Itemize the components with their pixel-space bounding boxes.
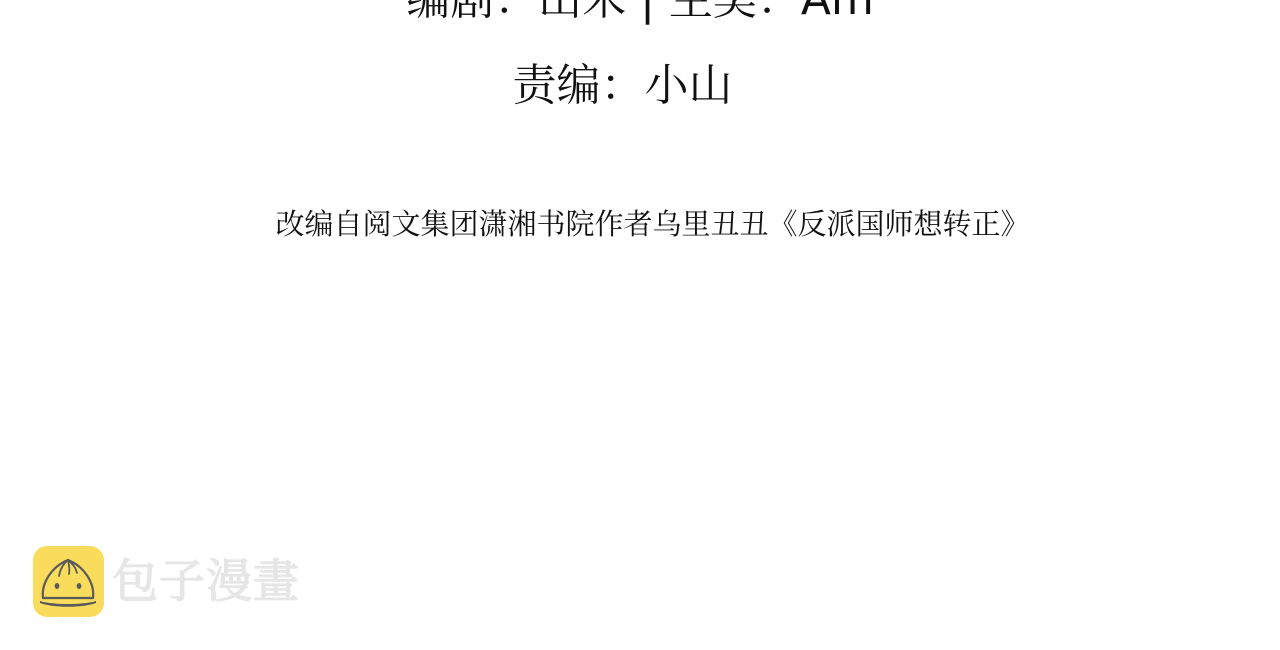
comic-credits-page: 编剧：山禾 | 主美：Am 责编：小山 改编自阅文集团潇湘书院作者乌里丑丑《反派…	[0, 0, 1280, 650]
site-watermark: 包子漫畫	[33, 545, 300, 617]
editor-credit: 责编：小山	[0, 60, 1245, 112]
writer-artist-credit: 编剧：山禾 | 主美：Am	[0, 0, 1280, 22]
watermark-text: 包子漫畫	[112, 545, 300, 617]
steamed-bun-logo-icon	[33, 546, 104, 617]
adaptation-source-credit: 改编自阅文集团潇湘书院作者乌里丑丑《反派国师想转正》	[0, 206, 1280, 242]
